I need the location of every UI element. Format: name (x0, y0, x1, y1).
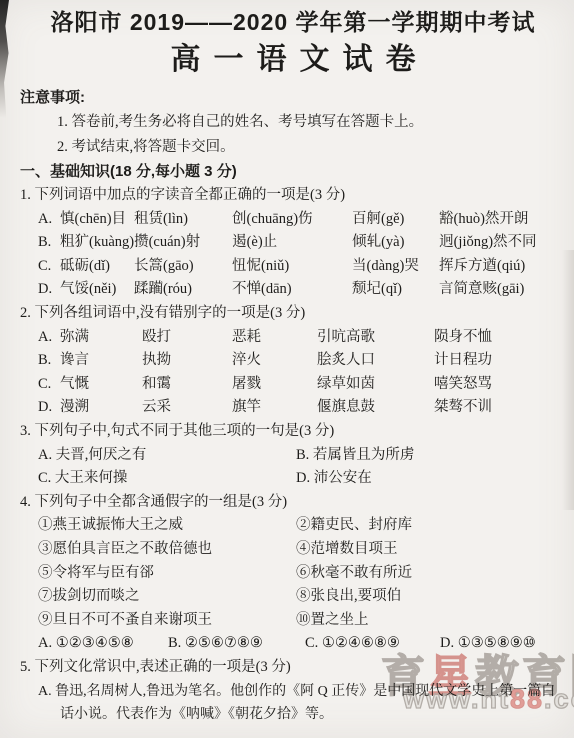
question-2-option-a: A. 弥满 殴打 恶耗 引吭高歌 陨身不恤 (20, 326, 566, 350)
option-text: 若属皆且为所虏 (313, 447, 415, 463)
option-cd: C. 大王来何操 (38, 467, 296, 491)
option-label: D. (296, 470, 310, 486)
option-item: 倾轧(yà) (352, 231, 439, 255)
question-1-option-d: D. 气馁(něi) 蹂躏(róu) 不惮(dān) 颓圮(qǐ) 言简意赅(g… (20, 278, 566, 302)
option-label: B. (38, 231, 60, 255)
notice-item-1: 1. 答卷前,考生务必将自己的姓名、考号填写在答题卡上。 (20, 110, 566, 135)
question-1-option-a: A. 慎(chēn)目 租赁(lìn) 创(chuāng)伤 百舸(gě) 豁(… (20, 208, 566, 232)
option-item: 颓圮(qǐ) (352, 278, 439, 302)
option-item: 淬火 (232, 349, 317, 373)
numbered-clause: ⑥秋毫不敢有所近 (296, 562, 566, 586)
option-label: A. (38, 208, 60, 232)
option-item: 百舸(gě) (352, 208, 439, 232)
option-item: 嘻笑怒骂 (434, 373, 492, 397)
option-item: 蹂躏(róu) (134, 278, 232, 302)
question-2-option-d: D. 漫溯 云采 旗竿 偃旗息鼓 桀骜不训 (20, 396, 566, 420)
numbered-clause: ⑩置之坐上 (296, 609, 566, 633)
question-3: 3. 下列句子中,句式不同于其他三项的一句是(3 分) A. 夫晋,何厌之有 B… (20, 420, 566, 491)
option-label: C. (38, 470, 51, 486)
option-item: 殴打 (142, 326, 232, 350)
question-1-option-c: C. 砥砺(dǐ) 长篙(gāo) 忸怩(niǔ) 当(dàng)哭 挥斥方遒(… (20, 255, 566, 279)
numbered-clause: ④范增数目项王 (296, 538, 566, 562)
question-4-stem: 4. 下列句子中全都含通假字的一组是(3 分) (20, 491, 566, 515)
answer-option: B. ②⑤⑥⑦⑧⑨ (168, 632, 305, 656)
numbered-clause: ②籍吏民、封府库 (296, 514, 566, 538)
section-heading: 一、基础知识(18 分,每小题 3 分) (20, 159, 566, 184)
question-2-option-b: B. 谗言 执拗 淬火 脍炙人口 计日程功 (20, 349, 566, 373)
numbered-clause: ⑨旦日不可不蚤自来谢项王 (38, 609, 296, 633)
answer-option: D. ①③⑤⑧⑨⑩ (440, 632, 536, 656)
option-text: 夫晋,何厌之有 (56, 447, 147, 463)
option-label: B. (296, 447, 309, 463)
option-item: 谗言 (60, 349, 142, 373)
question-1: 1. 下列词语中加点的字读音全都正确的一项是(3 分) A. 慎(chēn)目 … (20, 184, 566, 302)
option-item: 粗犷(kuàng) (60, 231, 134, 255)
option-item: 创(chuāng)伤 (232, 208, 352, 232)
question-4: 4. 下列句子中全都含通假字的一组是(3 分) ①燕王诚振怖大王之威 ②籍吏民、… (20, 491, 566, 656)
option-text: 沛公安在 (314, 470, 372, 486)
option-item: 挥斥方遒(qiú) (439, 255, 525, 279)
question-1-stem: 1. 下列词语中加点的字读音全都正确的一项是(3 分) (20, 184, 566, 208)
notice-item-2: 2. 考试结束,将答题卡交回。 (20, 135, 566, 160)
option-item: 气馁(něi) (60, 278, 134, 302)
option-ab: A. 夫晋,何厌之有 (38, 444, 296, 468)
option-label: A. (38, 326, 60, 350)
question-3-row-1: A. 夫晋,何厌之有 B. 若属皆且为所虏 (20, 444, 566, 468)
option-item: 长篙(gāo) (134, 255, 232, 279)
question-5-option-a: A. 鲁迅,名周树人,鲁迅为笔名。他创作的《阿 Q 正传》是中国现代文学史上第一… (20, 680, 566, 727)
option-item: 云采 (142, 396, 232, 420)
option-item: 豁(huò)然开朗 (439, 208, 528, 232)
question-4-answers: A. ①②③④⑤⑧ B. ②⑤⑥⑦⑧⑨ C. ①②④⑥⑧⑨ D. ①③⑤⑧⑨⑩ (20, 632, 566, 656)
option-item: 忸怩(niǔ) (232, 255, 352, 279)
option-label: A. (38, 447, 52, 463)
option-item: 气慨 (60, 373, 142, 397)
option-item: 言简意赅(gāi) (439, 278, 524, 302)
option-ab: B. 若属皆且为所虏 (296, 444, 566, 468)
question-2: 2. 下列各组词语中,没有错别字的一项是(3 分) A. 弥满 殴打 恶耗 引吭… (20, 302, 566, 420)
option-label: D. (38, 396, 60, 420)
question-4-row-1: ①燕王诚振怖大王之威 ②籍吏民、封府库 (20, 514, 566, 538)
option-item: 不惮(dān) (232, 278, 352, 302)
numbered-clause: ⑧张良出,要项伯 (296, 585, 566, 609)
exam-paper-page: 育星教育网 www.ht88.com 洛阳市 2019——2020 学年第一学期… (0, 0, 574, 738)
question-1-option-b: B. 粗犷(kuàng) 攒(cuán)射 遏(è)止 倾轧(yà) 迥(jiǒ… (20, 231, 566, 255)
option-item: 陨身不恤 (434, 326, 492, 350)
option-item: 屠戮 (232, 373, 317, 397)
option-item: 慎(chēn)目 (60, 208, 134, 232)
option-item: 引吭高歌 (317, 326, 434, 350)
question-4-row-2: ③愿伯具言臣之不敢倍德也 ④范增数目项王 (20, 538, 566, 562)
question-5: 5. 下列文化常识中,表述正确的一项是(3 分) A. 鲁迅,名周树人,鲁迅为笔… (20, 656, 566, 726)
question-3-row-2: C. 大王来何操 D. 沛公安在 (20, 467, 566, 491)
notice-heading: 注意事项: (20, 86, 566, 110)
option-item: 租赁(lìn) (134, 208, 232, 232)
question-5-stem: 5. 下列文化常识中,表述正确的一项是(3 分) (20, 656, 566, 680)
option-cd: D. 沛公安在 (296, 467, 566, 491)
numbered-clause: ③愿伯具言臣之不敢倍德也 (38, 538, 296, 562)
option-item: 绿草如茵 (317, 373, 434, 397)
answer-option: C. ①②④⑥⑧⑨ (305, 632, 440, 656)
option-item: 砥砺(dǐ) (60, 255, 134, 279)
option-item: 执拗 (142, 349, 232, 373)
option-label: C. (38, 255, 60, 279)
answer-option: A. ①②③④⑤⑧ (38, 632, 168, 656)
option-item: 桀骜不训 (434, 396, 492, 420)
exam-content: 洛阳市 2019——2020 学年第一学期期中考试 高一语文试卷 注意事项: 1… (0, 0, 574, 726)
option-item: 旗竿 (232, 396, 317, 420)
option-label: B. (38, 349, 60, 373)
option-item: 当(dàng)哭 (352, 255, 439, 279)
option-item: 偃旗息鼓 (317, 396, 434, 420)
option-item: 和霭 (142, 373, 232, 397)
option-item: 计日程功 (434, 349, 492, 373)
question-3-stem: 3. 下列句子中,句式不同于其他三项的一句是(3 分) (20, 420, 566, 444)
option-item: 遏(è)止 (232, 231, 352, 255)
option-item: 弥满 (60, 326, 142, 350)
option-text: 大王来何操 (55, 470, 128, 486)
option-label: D. (38, 278, 60, 302)
numbered-clause: ①燕王诚振怖大王之威 (38, 514, 296, 538)
exam-subtitle: 高一语文试卷 (20, 39, 566, 81)
question-4-row-3: ⑤令将军与臣有郤 ⑥秋毫不敢有所近 (20, 562, 566, 586)
numbered-clause: ⑦拔剑切而啖之 (38, 585, 296, 609)
question-2-stem: 2. 下列各组词语中,没有错别字的一项是(3 分) (20, 302, 566, 326)
option-item: 迥(jiǒng)然不同 (439, 231, 536, 255)
exam-title: 洛阳市 2019——2020 学年第一学期期中考试 (20, 6, 566, 39)
numbered-clause: ⑤令将军与臣有郤 (38, 562, 296, 586)
option-item: 脍炙人口 (317, 349, 434, 373)
option-item: 漫溯 (60, 396, 142, 420)
question-4-row-5: ⑨旦日不可不蚤自来谢项王 ⑩置之坐上 (20, 609, 566, 633)
question-2-option-c: C. 气慨 和霭 屠戮 绿草如茵 嘻笑怒骂 (20, 373, 566, 397)
option-label: C. (38, 373, 60, 397)
question-4-row-4: ⑦拔剑切而啖之 ⑧张良出,要项伯 (20, 585, 566, 609)
option-item: 恶耗 (232, 326, 317, 350)
option-item: 攒(cuán)射 (134, 231, 232, 255)
